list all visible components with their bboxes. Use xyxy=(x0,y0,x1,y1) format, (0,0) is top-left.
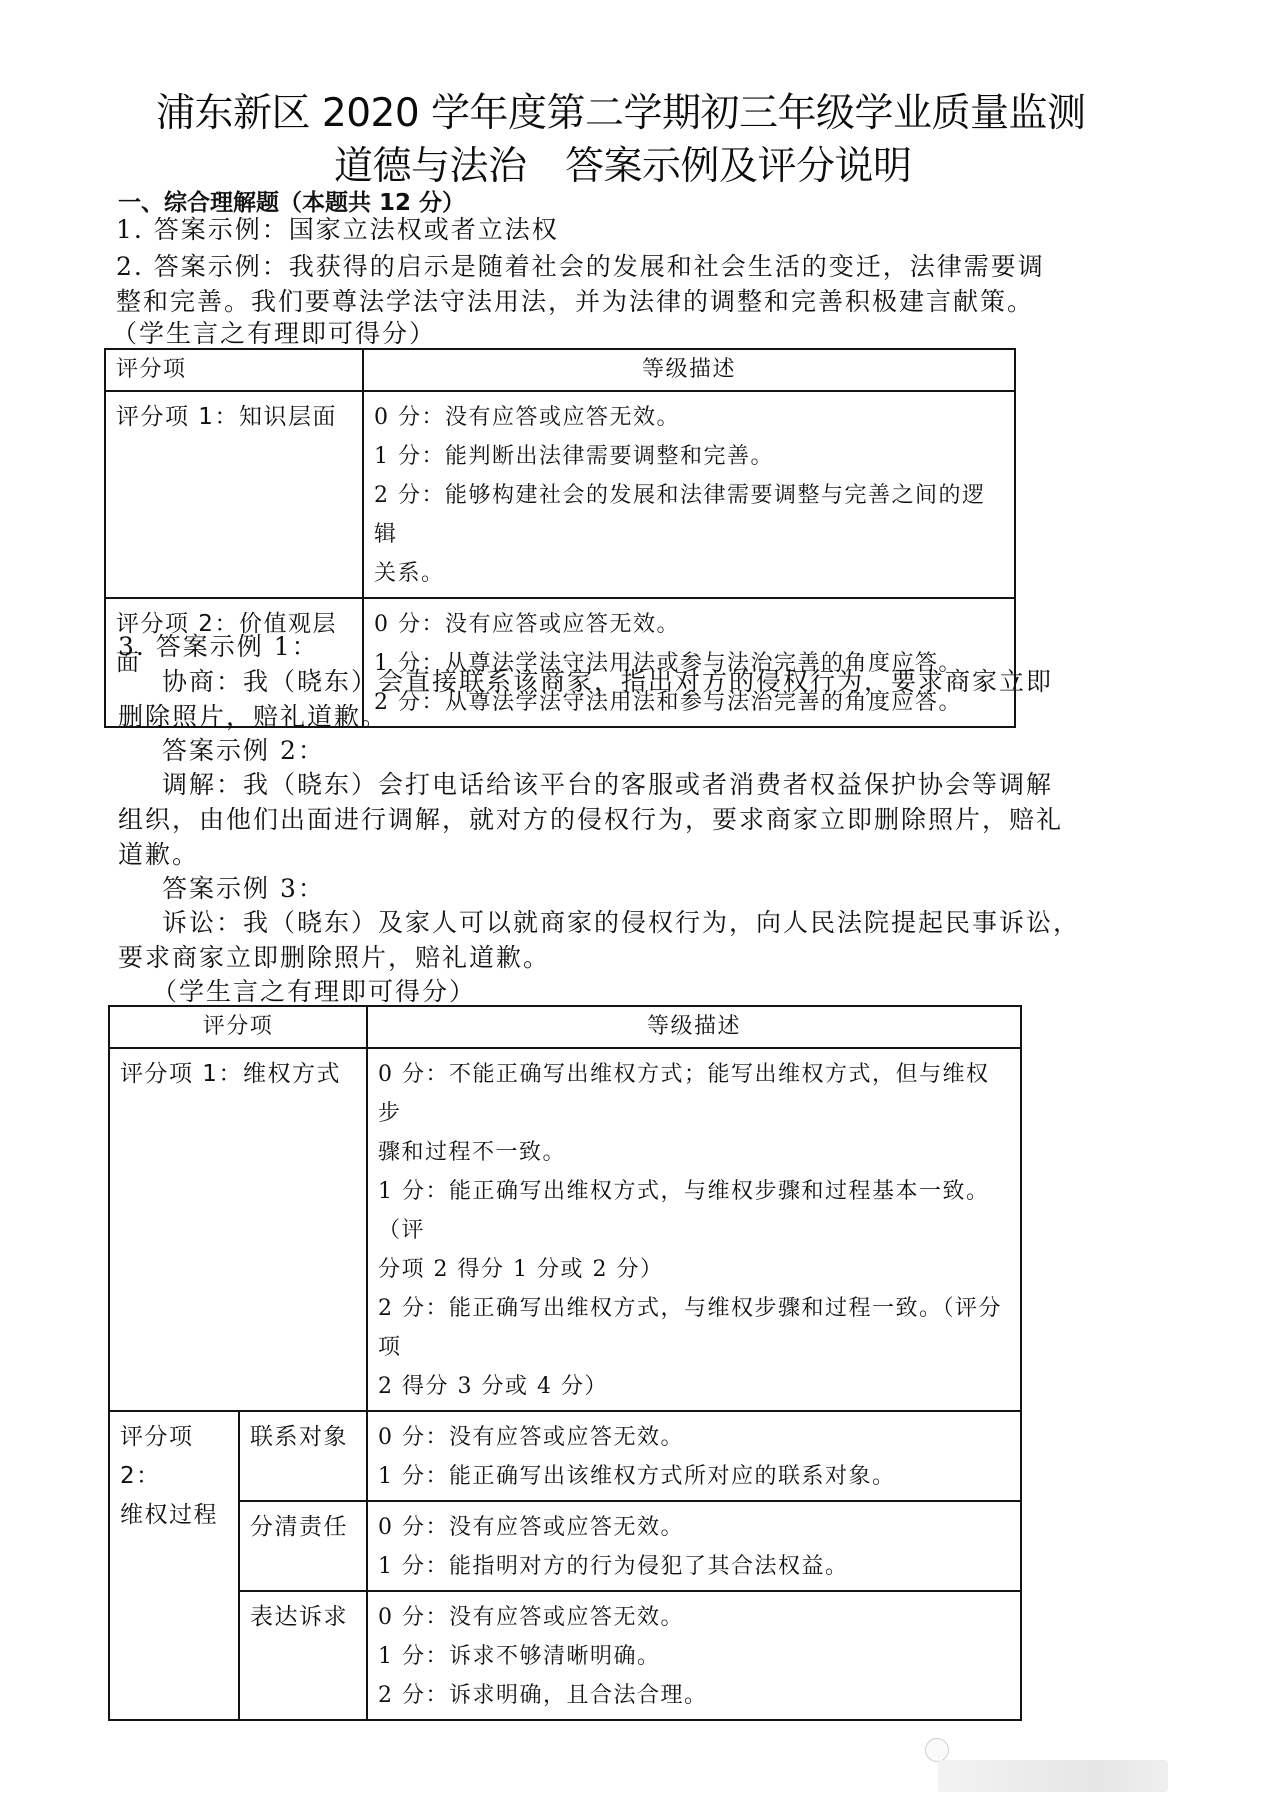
description-cell: 0 分：没有应答或应答无效。 1 分：能指明对方的行为侵犯了其合法权益。 xyxy=(367,1501,1021,1591)
level-line: 0 分：没有应答或应答无效。 xyxy=(374,605,1004,644)
answer-q2-line1: 2. 答案示例：我获得的启示是随着社会的发展和社会生活的变迁，法律需要调 xyxy=(116,247,1045,287)
table-row: 评分项 2： 维权过程 联系对象 0 分：没有应答或应答无效。 1 分：能正确写… xyxy=(109,1411,1021,1501)
level-line: 0 分：没有应答或应答无效。 xyxy=(378,1598,1010,1637)
level-line: 0 分：没有应答或应答无效。 xyxy=(378,1418,1010,1457)
level-line: 分项 2 得分 1 分或 2 分） xyxy=(378,1250,1010,1289)
sub-item-cell: 分清责任 xyxy=(239,1501,367,1591)
level-line: 2 分：能够构建社会的发展和法律需要调整与完善之间的逻辑 xyxy=(374,476,1004,554)
watermark-icon xyxy=(925,1738,949,1762)
watermark xyxy=(938,1760,1168,1792)
header-cell-item: 评分项 xyxy=(109,1006,367,1048)
answer-q3-label: 3. 答案示例 1： xyxy=(118,627,319,667)
level-line: 关系。 xyxy=(374,554,1004,593)
document-title-line2: 道德与法治 答案示例及评分说明 xyxy=(334,135,912,191)
table-row: 分清责任 0 分：没有应答或应答无效。 1 分：能指明对方的行为侵犯了其合法权益… xyxy=(109,1501,1021,1591)
level-line: 0 分：没有应答或应答无效。 xyxy=(374,398,1004,437)
header-cell-description: 等级描述 xyxy=(367,1006,1021,1048)
sub-item-cell: 联系对象 xyxy=(239,1411,367,1501)
item-cell: 评分项 1：维权方式 xyxy=(109,1048,367,1411)
header-cell-description: 等级描述 xyxy=(363,349,1015,391)
sub-item-cell: 表达诉求 xyxy=(239,1591,367,1720)
item-cell: 评分项 2： 维权过程 xyxy=(109,1411,239,1720)
table-row: 评分项 1：知识层面 0 分：没有应答或应答无效。 1 分：能判断出法律需要调整… xyxy=(105,391,1015,598)
answer-example2-line1: 调解：我（晓东）会打电话给该平台的客服或者消费者权益保护协会等调解 xyxy=(162,765,1053,805)
level-line: 2 得分 3 分或 4 分） xyxy=(378,1367,1010,1406)
item-cell: 评分项 1：知识层面 xyxy=(105,391,363,598)
answer-q1: 1. 答案示例：国家立法权或者立法权 xyxy=(116,210,559,250)
description-cell: 0 分：没有应答或应答无效。 1 分：能正确写出该维权方式所对应的联系对象。 xyxy=(367,1411,1021,1501)
description-cell: 0 分：没有应答或应答无效。 1 分：能判断出法律需要调整和完善。 2 分：能够… xyxy=(363,391,1015,598)
header-cell-item: 评分项 xyxy=(105,349,363,391)
description-cell: 0 分：不能正确写出维权方式；能写出维权方式，但与维权步 骤和过程不一致。 1 … xyxy=(367,1048,1021,1411)
table-header-row: 评分项 等级描述 xyxy=(109,1006,1021,1048)
table-row: 评分项 1：维权方式 0 分：不能正确写出维权方式；能写出维权方式，但与维权步 … xyxy=(109,1048,1021,1411)
table-header-row: 评分项 等级描述 xyxy=(105,349,1015,391)
level-line: 0 分：没有应答或应答无效。 xyxy=(378,1508,1010,1547)
level-line: 1 分：能正确写出维权方式，与维权步骤和过程基本一致。（评 xyxy=(378,1172,1010,1250)
description-cell: 0 分：没有应答或应答无效。 1 分：诉求不够清晰明确。 2 分：诉求明确，且合… xyxy=(367,1591,1021,1720)
level-line: 1 分：能判断出法律需要调整和完善。 xyxy=(374,437,1004,476)
item-label-line: 评分项 2： xyxy=(120,1418,228,1496)
level-line: 骤和过程不一致。 xyxy=(378,1133,1010,1172)
level-line: 2 分：诉求明确，且合法合理。 xyxy=(378,1676,1010,1715)
document-title-line1: 浦东新区 2020 学年度第二学期初三年级学业质量监测 xyxy=(156,82,1086,138)
answer-example2-line2: 组织，由他们出面进行调解，就对方的侵权行为，要求商家立即删除照片，赔礼 xyxy=(118,800,1063,840)
answer-example1-line1: 协商：我（晓东）会直接联系该商家，指出对方的侵权行为，要求商家立即 xyxy=(162,662,1053,702)
level-line: 0 分：不能正确写出维权方式；能写出维权方式，但与维权步 xyxy=(378,1055,1010,1133)
answer-example3-line1: 诉讼：我（晓东）及家人可以就商家的侵权行为，向人民法院提起民事诉讼， xyxy=(162,903,1080,943)
item-label-line: 维权过程 xyxy=(120,1496,228,1535)
scoring-table-q3: 评分项 等级描述 评分项 1：维权方式 0 分：不能正确写出维权方式；能写出维权… xyxy=(108,1005,1022,1721)
level-line: 1 分：诉求不够清晰明确。 xyxy=(378,1637,1010,1676)
level-line: 1 分：能指明对方的行为侵犯了其合法权益。 xyxy=(378,1547,1010,1586)
level-line: 1 分：能正确写出该维权方式所对应的联系对象。 xyxy=(378,1457,1010,1496)
table-row: 表达诉求 0 分：没有应答或应答无效。 1 分：诉求不够清晰明确。 2 分：诉求… xyxy=(109,1591,1021,1720)
level-line: 2 分：能正确写出维权方式，与维权步骤和过程一致。（评分项 xyxy=(378,1289,1010,1367)
